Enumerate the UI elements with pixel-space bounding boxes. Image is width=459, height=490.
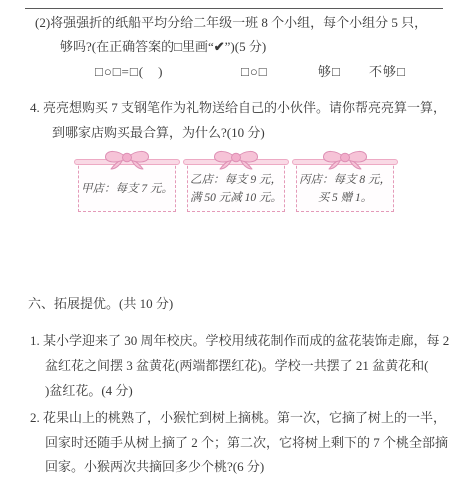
section-6-q2-line3: 回家。小猴两次共摘回多少个桃?(6 分) bbox=[45, 458, 264, 475]
question-3-part2-line2: 够吗?(在正确答案的□里画“✔”)(5 分) bbox=[60, 38, 266, 55]
question-4-line2: 到哪家店购买最合算，为什么?(10 分) bbox=[52, 124, 265, 141]
section-divider-line bbox=[25, 8, 443, 9]
shop-c-card: 丙店：每支 8 元， 买 5 赠 1。 bbox=[296, 161, 394, 212]
shop-a-card: 甲店：每支 7 元。 bbox=[78, 161, 176, 212]
not-enough-checkbox-label: 不够□ bbox=[369, 63, 406, 80]
shop-b-line2: 满 50 元减 10 元。 bbox=[190, 189, 282, 207]
section-6-q2-line2: 回家时还随手从树上摘了 2 个；第二次，它将树上剩下的 7 个桃全部摘 bbox=[45, 434, 448, 451]
question-4-line1: 4. 亮亮想购买 7 支钢笔作为礼物送给自己的小伙伴。请你帮亮亮算一算， bbox=[30, 99, 446, 116]
line2-text-before: 够吗?(在正确答案的□里画“ bbox=[60, 39, 214, 54]
enough-checkbox-label: 够□ bbox=[318, 63, 341, 80]
shop-b-line1: 乙店：每支 9 元， bbox=[190, 171, 282, 189]
section-6-q2-line1: 2. 花果山上的桃熟了，小猴忙到树上摘桃。第一次，它摘了树上的一半， bbox=[30, 409, 446, 426]
shop-c-text: 丙店：每支 8 元， 买 5 赠 1。 bbox=[299, 166, 391, 211]
worksheet-page: (2)将强强折的纸船平均分给二年级一班 8 个小组，每个小组分 5 只， 够吗?… bbox=[0, 0, 459, 490]
shop-b-card: 乙店：每支 9 元， 满 50 元减 10 元。 bbox=[187, 161, 285, 212]
question-3-part2-line1: (2)将强强折的纸船平均分给二年级一班 8 个小组，每个小组分 5 只， bbox=[35, 14, 427, 31]
section-6-q1-line2: 盆红花之间摆 3 盆黄花(两端都摆红花)。学校一共摆了 21 盆黄花和( bbox=[45, 357, 429, 374]
shop-a-text: 甲店：每支 7 元。 bbox=[81, 166, 173, 211]
section-6-q1-line1: 1. 某小学迎来了 30 周年校庆。学校用绒花制作而成的盆花装饰走廊，每 2 bbox=[30, 332, 449, 349]
shop-c-line1: 丙店：每支 8 元， bbox=[299, 171, 391, 189]
check-mark-glyph: ✔ bbox=[214, 39, 225, 54]
section-6-q1-line3: )盆红花。(4 分) bbox=[45, 382, 133, 399]
equation-boxes-blank: □○□=□( ) bbox=[95, 63, 163, 80]
line2-text-after: ”)(5 分) bbox=[225, 39, 267, 54]
shop-a-line1: 甲店：每支 7 元。 bbox=[81, 180, 173, 198]
shop-b-text: 乙店：每支 9 元， 满 50 元减 10 元。 bbox=[190, 166, 282, 211]
shop-c-line2: 买 5 赠 1。 bbox=[299, 189, 391, 207]
section-6-header: 六、拓展提优。(共 10 分) bbox=[28, 295, 173, 312]
comparison-boxes-blank: □○□ bbox=[241, 63, 268, 80]
